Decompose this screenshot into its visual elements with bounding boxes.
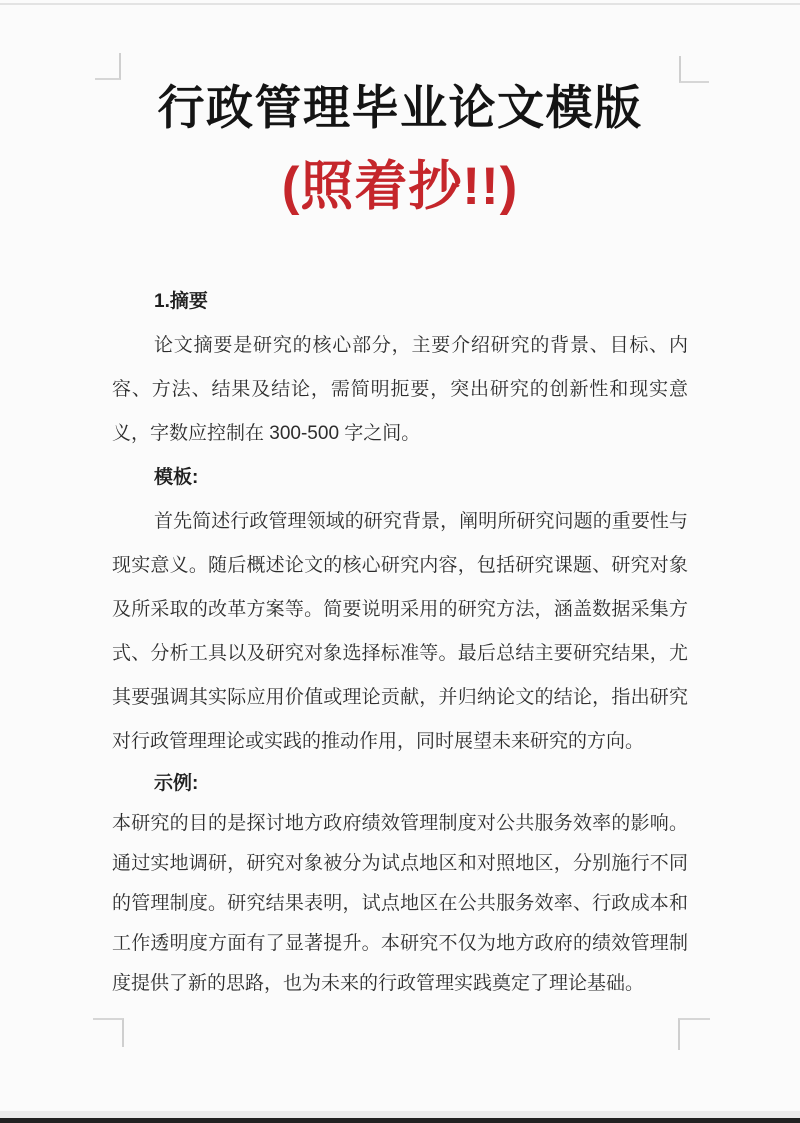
document-body: 1.摘要 论文摘要是研究的核心部分，主要介绍研究的背景、目标、内容、方法、结果及… [112, 280, 688, 1004]
page-bottom-light-strip [0, 1111, 800, 1118]
document-subtitle: (照着抄!!) [112, 156, 688, 218]
section-template: 模板: 首先简述行政管理领域的研究背景，阐明所研究问题的重要性与现实意义。随后概… [112, 456, 688, 764]
page-bottom-dark-bar [0, 1118, 800, 1123]
paragraph-abstract: 论文摘要是研究的核心部分，主要介绍研究的背景、目标、内容、方法、结果及结论，需简… [112, 324, 688, 456]
margin-mark-bottom-left-icon [93, 1018, 124, 1047]
section-heading-template: 模板: [112, 456, 688, 500]
paragraph-example: 本研究的目的是探讨地方政府绩效管理制度对公共服务效率的影响。通过实地调研，研究对… [112, 804, 688, 1004]
document-page: 行政管理毕业论文模版 (照着抄!!) 1.摘要 论文摘要是研究的核心部分，主要介… [0, 0, 800, 1123]
section-example: 示例: 本研究的目的是探讨地方政府绩效管理制度对公共服务效率的影响。通过实地调研… [112, 764, 688, 1004]
section-abstract: 1.摘要 论文摘要是研究的核心部分，主要介绍研究的背景、目标、内容、方法、结果及… [112, 280, 688, 456]
document-content: 行政管理毕业论文模版 (照着抄!!) 1.摘要 论文摘要是研究的核心部分，主要介… [112, 0, 688, 1004]
paragraph-template: 首先简述行政管理领域的研究背景，阐明所研究问题的重要性与现实意义。随后概述论文的… [112, 500, 688, 764]
document-title: 行政管理毕业论文模版 [112, 0, 688, 136]
section-heading-example: 示例: [112, 764, 688, 804]
margin-mark-bottom-right-icon [678, 1018, 710, 1050]
section-heading-abstract: 1.摘要 [112, 280, 688, 324]
